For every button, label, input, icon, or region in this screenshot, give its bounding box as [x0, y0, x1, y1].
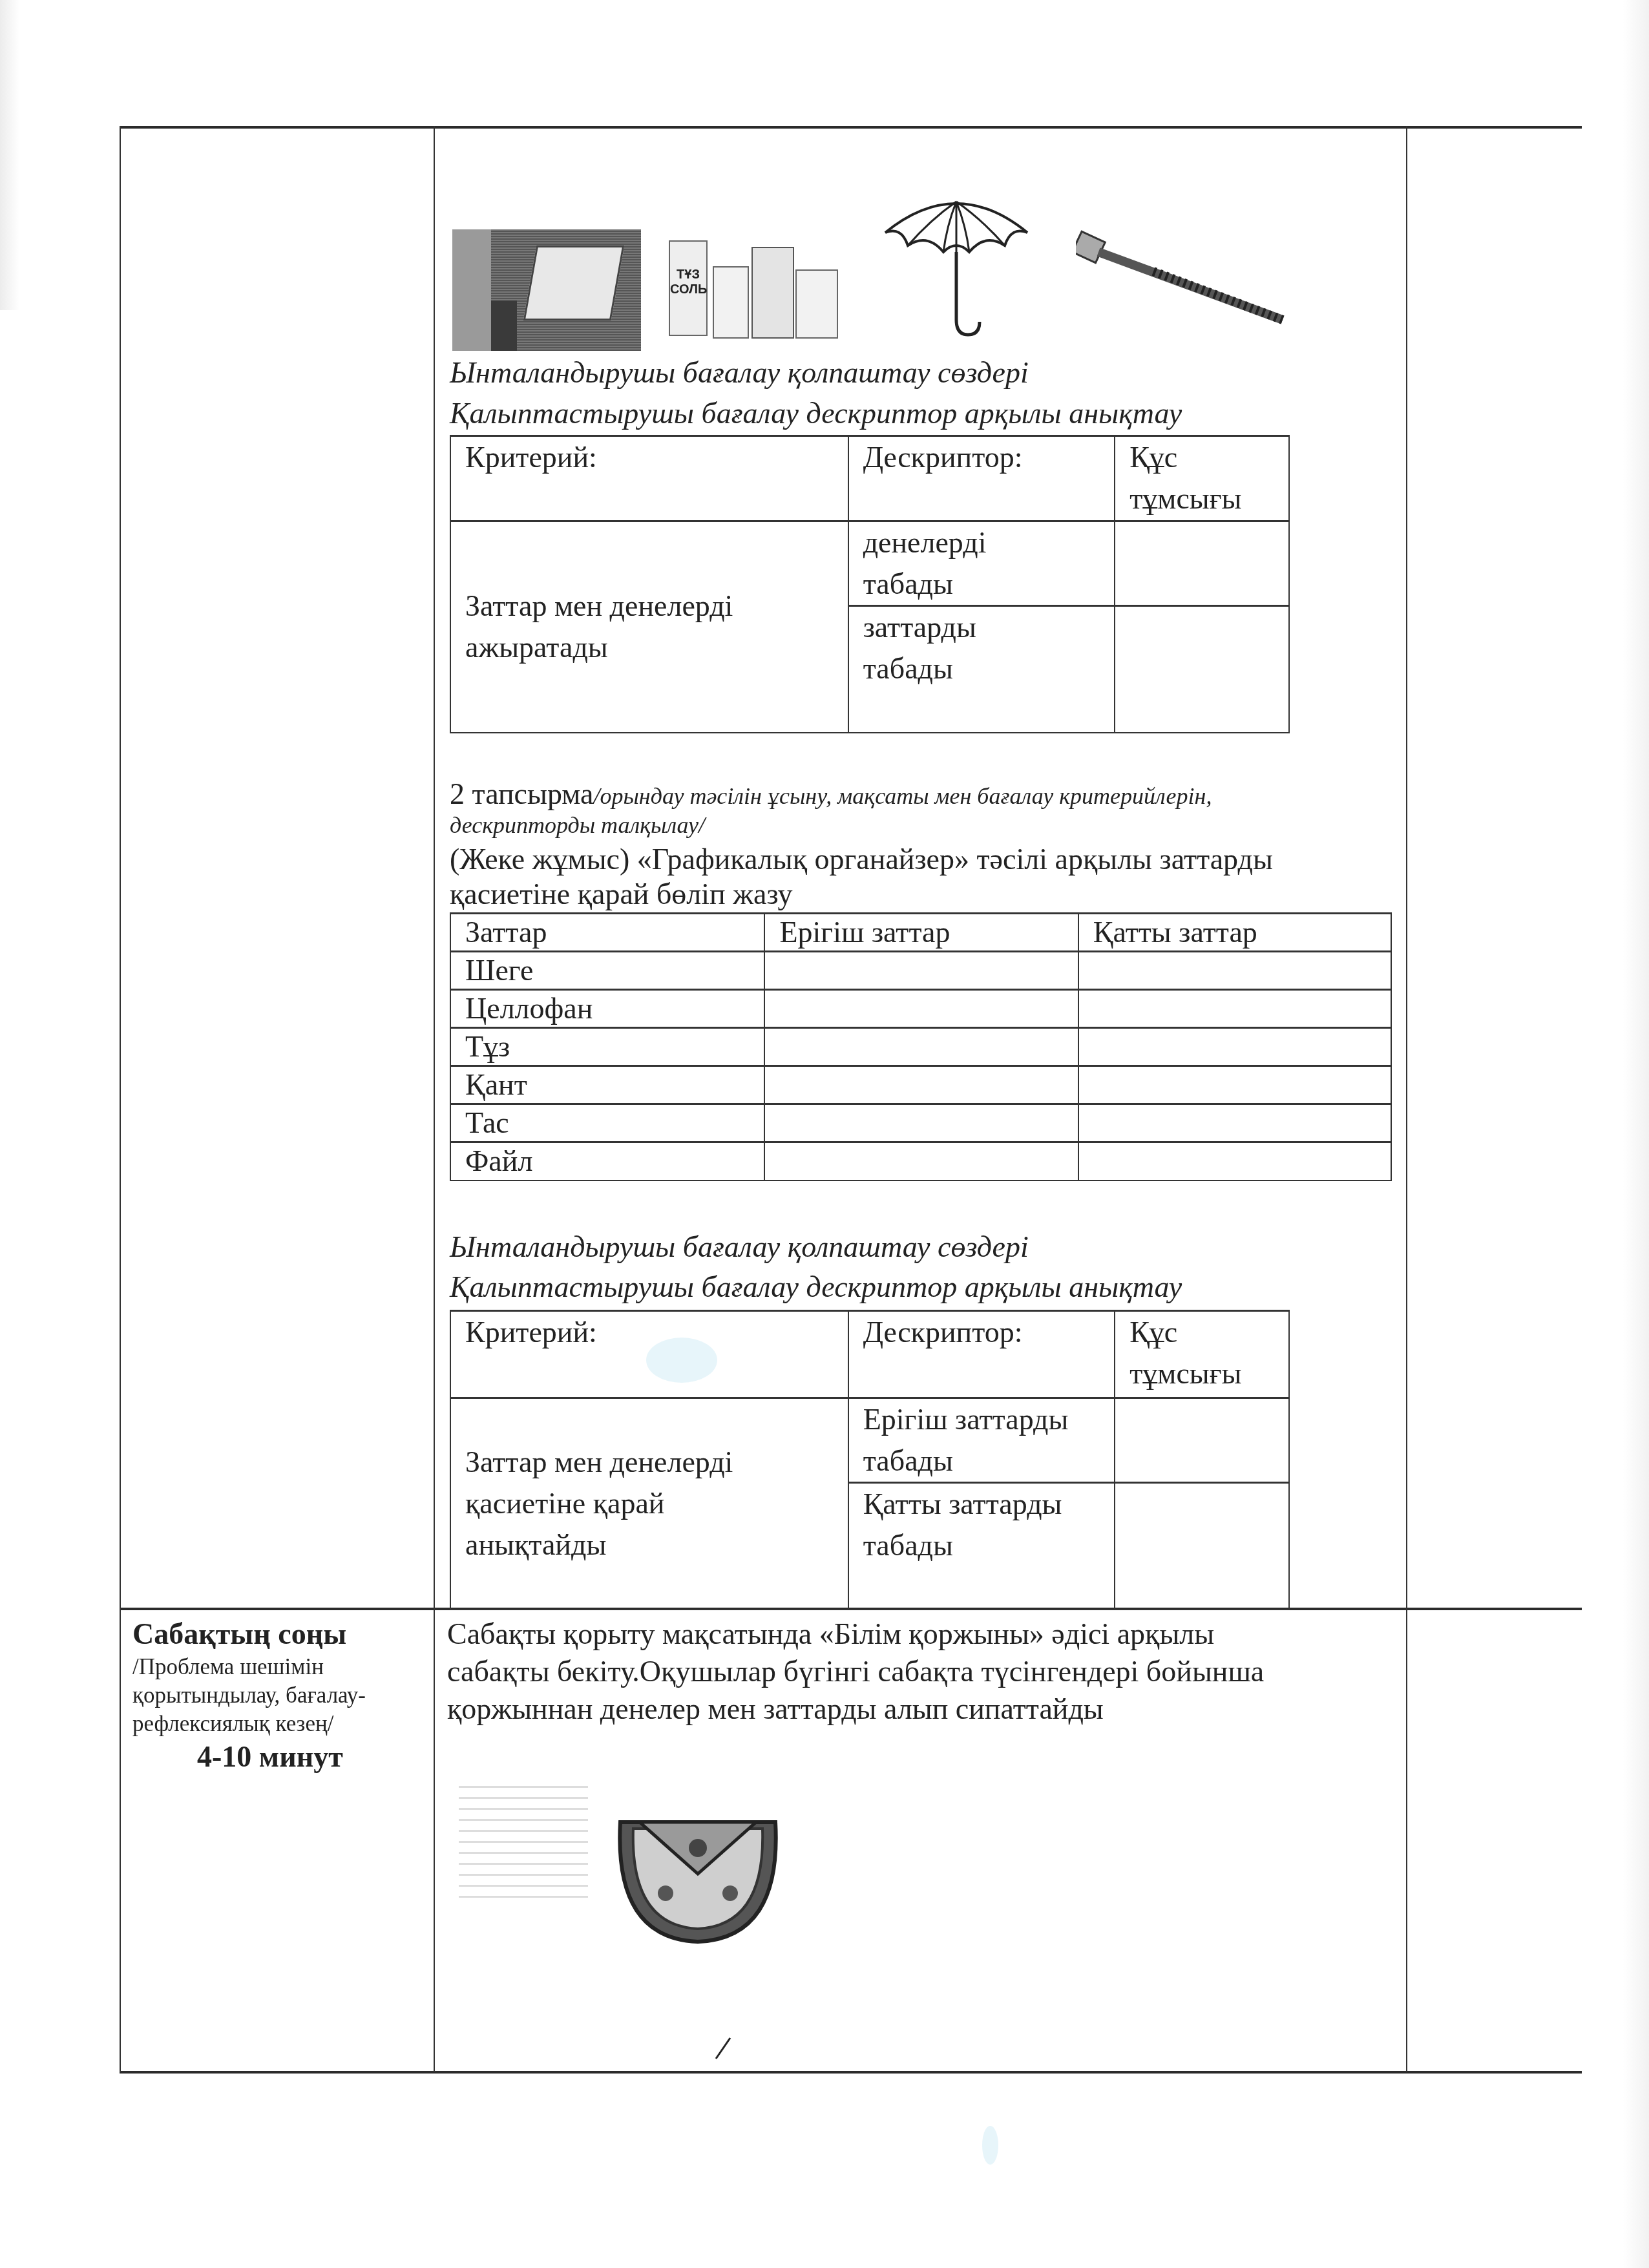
pen-mark [711, 2035, 737, 2061]
descriptor-cell: денелерді табады [848, 521, 1115, 606]
table-row: Шеге [450, 952, 1391, 990]
solid-cell[interactable] [1078, 1028, 1391, 1066]
criterion-cell: Заттар мен денелерді қасиетіне қарай аны… [450, 1398, 848, 1610]
stage-title: Сабақтың соңы [132, 1615, 430, 1653]
descriptor-cell: Ерігіш заттарды табады [848, 1398, 1115, 1483]
solid-header: Қатты заттар [1078, 914, 1391, 952]
scan-smudge [982, 2126, 998, 2165]
criterion-line: Заттар мен денелерді [465, 1442, 834, 1483]
stage-duration: 4-10 минут [132, 1738, 430, 1776]
bird-beak-header: Құс тұмсығы [1115, 436, 1289, 521]
encouragement-heading: Ынталандырушы бағалау қолпаштау сөздері [450, 352, 1029, 394]
criterion-cell: Заттар мен денелерді ажыратады [450, 521, 848, 733]
soluble-cell[interactable] [764, 952, 1078, 990]
mark-cell[interactable] [1115, 1483, 1289, 1610]
conclusion-line: Сабақты қорыту мақсатында «Білім қоржыны… [447, 1613, 1214, 1655]
substance-name: Файл [450, 1142, 764, 1181]
stage-desc-line: /Проблема шешімін [132, 1653, 430, 1681]
outer-bottom-border [120, 2071, 1582, 2074]
solid-cell[interactable] [1078, 990, 1391, 1028]
substance-name: Тас [450, 1104, 764, 1142]
descriptor-line: табады [863, 1440, 1100, 1482]
criterion-line: Заттар мен денелерді [465, 585, 834, 627]
stage-desc-line: қорытындылау, бағалау- [132, 1681, 430, 1710]
bilim-qorzhyny-slide [452, 1770, 866, 1926]
descriptor-line: Ерігіш заттарды [863, 1399, 1100, 1440]
descriptor-header: Дескриптор: [848, 1311, 1115, 1398]
solid-cell[interactable] [1078, 1066, 1391, 1104]
descriptor-header: Дескриптор: [848, 436, 1115, 521]
descriptor-line: денелерді [863, 522, 1100, 563]
substance-name: Целлофан [450, 990, 764, 1028]
scan-edge-shadow [0, 0, 19, 310]
descriptor-line: табады [863, 563, 1100, 605]
scan-right-edge [1623, 0, 1649, 2268]
table-row: Қант [450, 1066, 1391, 1104]
formative-assessment-heading-2: Қалыптастырушы бағалау дескриптор арқылы… [450, 1266, 1182, 1308]
substance-name: Тұз [450, 1028, 764, 1066]
conclusion-line: қоржыннан денелер мен заттарды алып сипа… [447, 1688, 1104, 1730]
table-row: Тас [450, 1104, 1391, 1142]
umbrella-icon [872, 194, 1040, 339]
substance-name: Қант [450, 1066, 764, 1104]
descriptor-cell: Қатты заттарды табады [848, 1483, 1115, 1610]
mark-cell[interactable] [1115, 606, 1289, 733]
soluble-cell[interactable] [764, 990, 1078, 1028]
soluble-cell[interactable] [764, 1104, 1078, 1142]
solid-cell[interactable] [1078, 1142, 1391, 1181]
substances-header: Заттар [450, 914, 764, 952]
soluble-cell[interactable] [764, 1028, 1078, 1066]
task-2-instruction-2: қасиетіне қарай бөліп жазу [450, 874, 793, 915]
stage-desc-line: рефлексиялық кезең/ [132, 1710, 430, 1738]
salt-label-ru: СОЛЬ [670, 282, 706, 297]
descriptor-cell: заттарды табады [848, 606, 1115, 733]
criterion-line: қасиетіне қарай [465, 1483, 834, 1524]
criterion-line: ажыратады [465, 627, 834, 668]
mark-cell[interactable] [1115, 521, 1289, 606]
task-2-subtitle: /орындау тәсілін ұсыну, мақсаты мен баға… [593, 783, 1212, 809]
outer-left-border [120, 126, 121, 2072]
soluble-header: Ерігіш заттар [764, 914, 1078, 952]
solid-cell[interactable] [1078, 1104, 1391, 1142]
bilim-qorzhyny-bag-image [614, 1809, 782, 1951]
soluble-cell[interactable] [764, 1066, 1078, 1104]
soluble-cell[interactable] [764, 1142, 1078, 1181]
screw-icon [1076, 223, 1289, 326]
descriptor-line: Қатты заттарды [863, 1484, 1100, 1525]
outer-top-border [120, 126, 1582, 129]
lesson-stage-cell: Сабақтың соңы /Проблема шешімін қорытынд… [132, 1615, 430, 1776]
salt-label-kz: ТҰЗ [670, 268, 706, 282]
descriptor-line: табады [863, 648, 1100, 689]
task-2-subtitle-cont: дескрипторды талқылау/ [450, 809, 705, 841]
column-divider-2 [1406, 126, 1407, 2072]
desk-with-book-photo [452, 229, 641, 351]
conclusion-line: сабақты бекіту.Оқушылар бүгінгі сабақта … [447, 1651, 1264, 1692]
encouragement-heading-2: Ынталандырушы бағалау қолпаштау сөздері [450, 1226, 1029, 1268]
task-2-title: 2 тапсырма [450, 777, 593, 810]
descriptor-line: заттарды [863, 607, 1100, 648]
table-row: Тұз [450, 1028, 1391, 1066]
criterion-header: Критерий: [450, 436, 848, 521]
column-divider-1 [434, 126, 435, 2072]
scan-smudge [646, 1338, 717, 1383]
solid-cell[interactable] [1078, 952, 1391, 990]
graphic-organizer-table: Заттар Ерігіш заттар Қатты заттар Шеге Ц… [450, 912, 1392, 1181]
table-row: Файл [450, 1142, 1391, 1181]
assessment-table-2: Критерий: Дескриптор: Құс тұмсығы Заттар… [450, 1310, 1290, 1610]
table-row: Целлофан [450, 990, 1391, 1028]
formative-assessment-heading: Қалыптастырушы бағалау дескриптор арқылы… [450, 393, 1182, 434]
mark-cell[interactable] [1115, 1398, 1289, 1483]
descriptor-line: табады [863, 1525, 1100, 1566]
assessment-table-1: Критерий: Дескриптор: Құс тұмсығы Заттар… [450, 435, 1290, 733]
salt-packages-photo: ТҰЗ СОЛЬ [669, 234, 838, 336]
substance-name: Шеге [450, 952, 764, 990]
bird-beak-header: Құс тұмсығы [1115, 1311, 1289, 1398]
criterion-line: анықтайды [465, 1524, 834, 1566]
